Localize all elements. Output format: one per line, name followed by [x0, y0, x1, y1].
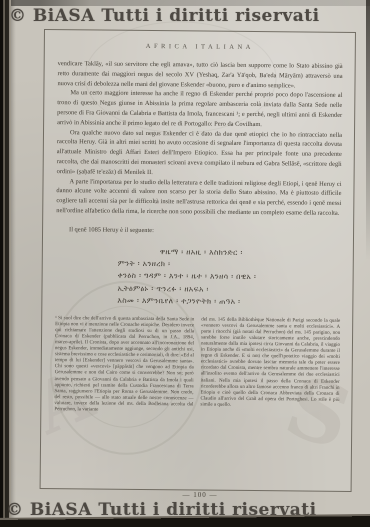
- running-header: AFRICA ITALIANA: [45, 42, 355, 52]
- scan-edge-right: [366, 0, 370, 260]
- footnote-column-left: ¹ Si suol dire che dell'arrivo di questa…: [54, 316, 194, 415]
- body-paragraph: A parte l'importanza per lo studio della…: [56, 177, 341, 219]
- ethiopic-verse-block: ዋዜማ ፡ ዘአዚ ፡ እስክንድር ፡ ምንት ፡ አንዘረክ ፡ ቀንዕስ …: [117, 245, 341, 309]
- book-binding-edge: [0, 0, 16, 527]
- page-number: — 100 —: [44, 491, 356, 499]
- footnote-column-right: del ms. 145 della Bibliothèque Nationale…: [200, 317, 340, 416]
- body-paragraph: vendicare Taklāy, «il suo servitore che …: [57, 59, 342, 91]
- page-body: vendicare Taklāy, «il suo servitore che …: [54, 59, 342, 416]
- body-paragraph: Ora qualche nuovo dato sul negus Eskende…: [57, 128, 342, 180]
- qene-intro-line: Il qenē 1085 Heruy è il seguente:: [56, 225, 341, 238]
- scanned-book-page: © BiASA Tutti i diritti riservati S A AF…: [0, 0, 370, 527]
- footnote-area: ¹ Si suol dire che dell'arrivo di questa…: [54, 316, 340, 416]
- page-frame: S A AFRICA ITALIANA vendicare Taklāy, «i…: [40, 29, 356, 492]
- ethiopic-line: እስመ ፡ እምንቤየለ ፡ ተጋንዮትክ ፡ ጠዓአ ፡: [117, 295, 340, 310]
- body-paragraph: Ma un certo maggiore interesse ha anche …: [57, 89, 342, 131]
